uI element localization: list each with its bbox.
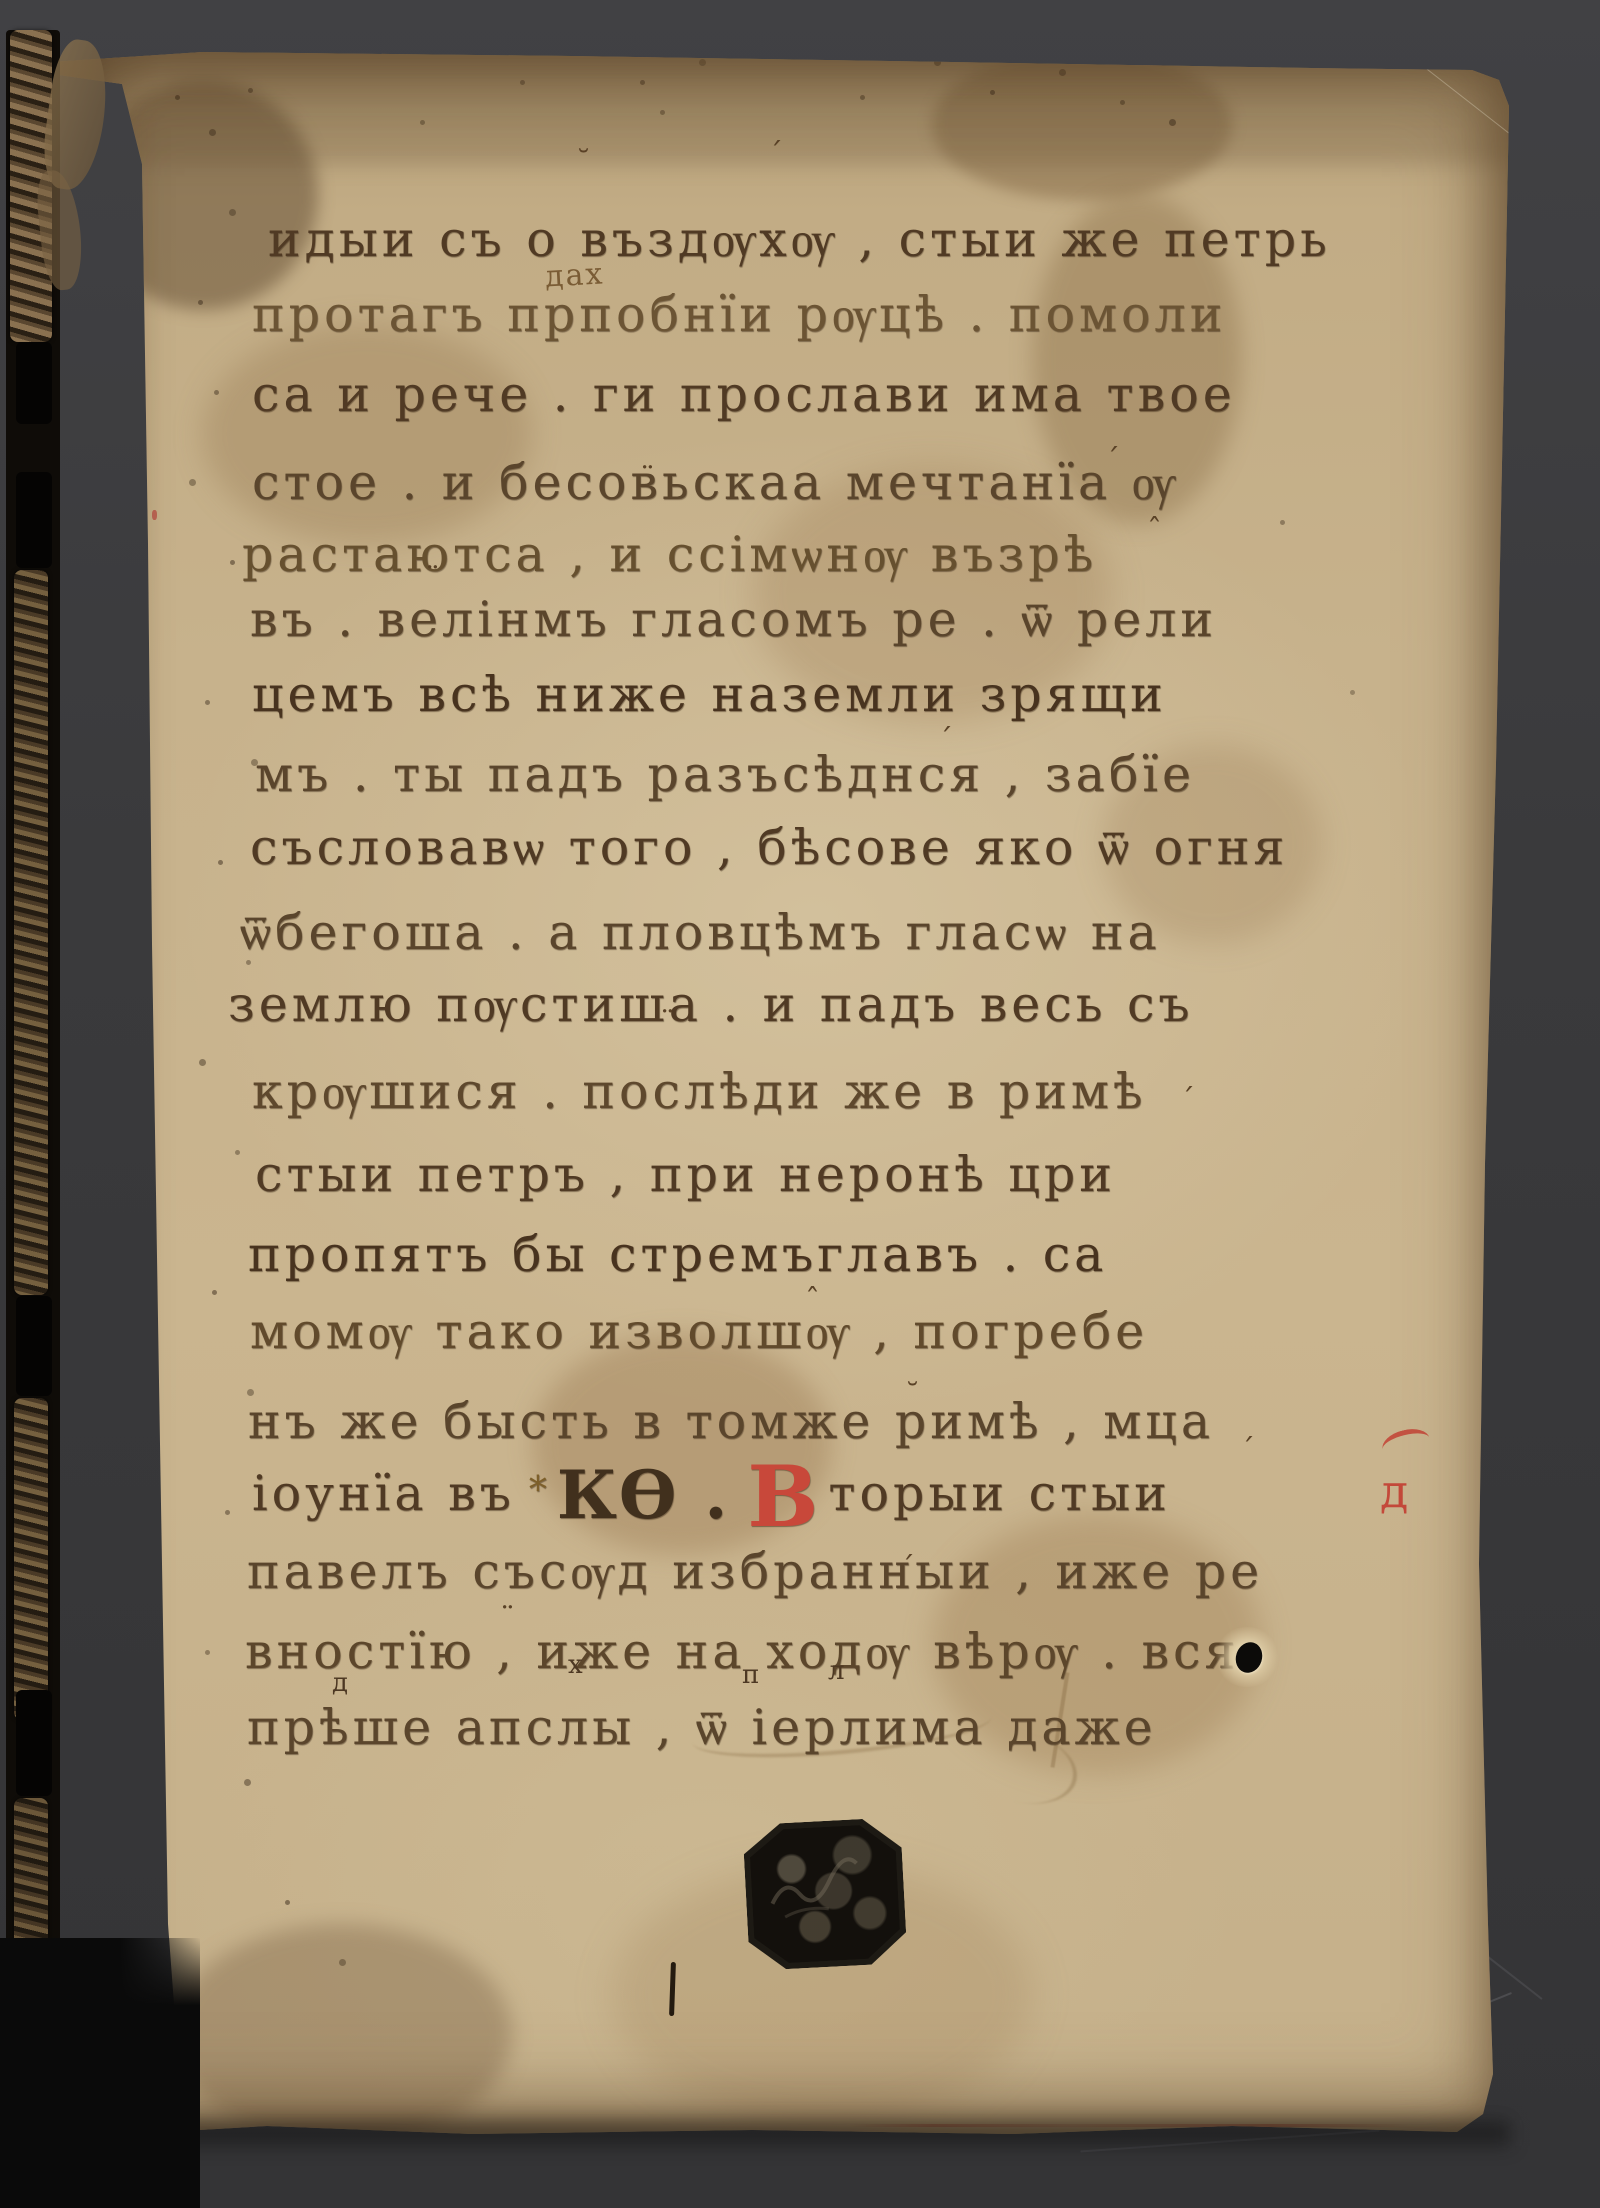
manuscript-text-line: прѣше апслы , ѿ іерлима даже [247,1703,1157,1752]
sewing-hole [16,1296,52,1396]
sewing-hole [16,1690,52,1796]
diacritic-mark: ¨ [640,464,655,494]
manuscript-page: идыи съ о въздѹхѹ , стыи же петрь протаг… [52,44,1514,2136]
manuscript-text-line: растаютса , и ссімѡнѹ възрѣ [242,530,1097,579]
manuscript-text-line: землю пѹстиша . и падъ весь съ [228,980,1194,1029]
shadow-under-binding [0,1938,200,2208]
cyrillic-numeral-29: КѲ . [557,1456,730,1534]
ornament-asterisk: * [529,1470,547,1511]
superscript-letter: х [568,1652,583,1678]
book-spine [6,30,60,2175]
diacritic-mark: ¨ [500,1604,515,1634]
red-margin-tick [152,510,157,520]
diacritic-mark: ´ [1180,1086,1195,1116]
diacritic-mark: ˘ [576,148,591,178]
red-margin-gloss: д [1374,1424,1444,1534]
diacritic-mark: ´ [900,1554,915,1584]
page-drop-shadow [140,2120,1510,2146]
manuscript-text-line: идыи съ о въздѹхѹ , стыи же петрь [268,215,1331,264]
red-margin-letter: д [1380,1468,1408,1514]
manuscript-text-line: стыи петръ , при неронѣ цри [255,1150,1116,1199]
diacritic-mark: ˘ [905,1381,920,1411]
photograph-of-manuscript: { "artifact": { "kind": "medieval-cyrill… [0,0,1600,2208]
diacritic-mark: ´ [1240,1436,1255,1466]
interlinear-correction: дах [544,256,605,294]
octagonal-ink-stamp [742,1817,907,1971]
superscript-letter: п [742,1662,759,1688]
stamp-illegible-monogram [751,1831,897,1948]
diacritic-mark: ´ [1105,446,1120,476]
superscript-letter: л [828,1658,845,1684]
manuscript-text-line: нъ же бысть в томже римѣ , мца [248,1397,1214,1446]
sewing-hole [16,342,52,424]
manuscript-text-line: крѹшися . послѣди же в римѣ [252,1067,1147,1116]
diacritic-mark: ¨ [660,1008,675,1038]
manuscript-text-line-with-rubric: іоунїа въ*КѲ .Вторыи стыи [252,1462,1171,1528]
braided-cord [14,1398,48,1720]
manuscript-text-line: въ . велінмъ гласомъ ре . ѿ рели [250,595,1217,644]
manuscript-text-line: павелъ съсѹд избранныи , иже ре [247,1547,1263,1596]
manuscript-text-line: ѿбегоша . а пловцѣмъ гласѡ на [240,908,1161,957]
date-text: іоунїа въ [252,1465,515,1522]
diacritic-mark: ˆ [805,1286,820,1316]
manuscript-text-line: протагъ прпобнїи рѹцѣ . помоли [252,290,1226,339]
manuscript-text-line: момѹ тако изволшѹ , погребе [250,1307,1148,1356]
manuscript-text-line: са и рече . ги прослави има твое [252,370,1236,419]
manuscript-text-line: мъ . ты падъ разъсѣднся , забїе [255,750,1195,799]
diacritic-mark: ´ [938,726,953,756]
red-breathing-mark [1379,1425,1432,1463]
rubric-continuation: торыи стыи [828,1465,1170,1522]
superscript-letter: д [332,1670,348,1696]
manuscript-text-line: съсловавѡ того , бѣсове яко ѿ огня [250,823,1288,872]
manuscript-text-line: стое . и бесовьскаа мечтанїа ѹ [252,458,1179,507]
manuscript-text-line: пропятъ бы стремъглавъ . са [248,1230,1107,1279]
braided-cord [14,570,48,1295]
sewing-hole [16,472,52,568]
manuscript-text-line: цемъ всѣ ниже наземли зрящи [252,670,1167,719]
diacritic-mark: ˆ [1147,516,1162,546]
diacritic-mark: ´ [768,140,783,170]
diacritic-mark: ¨ [425,564,440,594]
red-rubric-initial: В [747,1447,822,1546]
text-block: идыи съ о въздѹхѹ , стыи же петрь протаг… [52,44,1514,2136]
